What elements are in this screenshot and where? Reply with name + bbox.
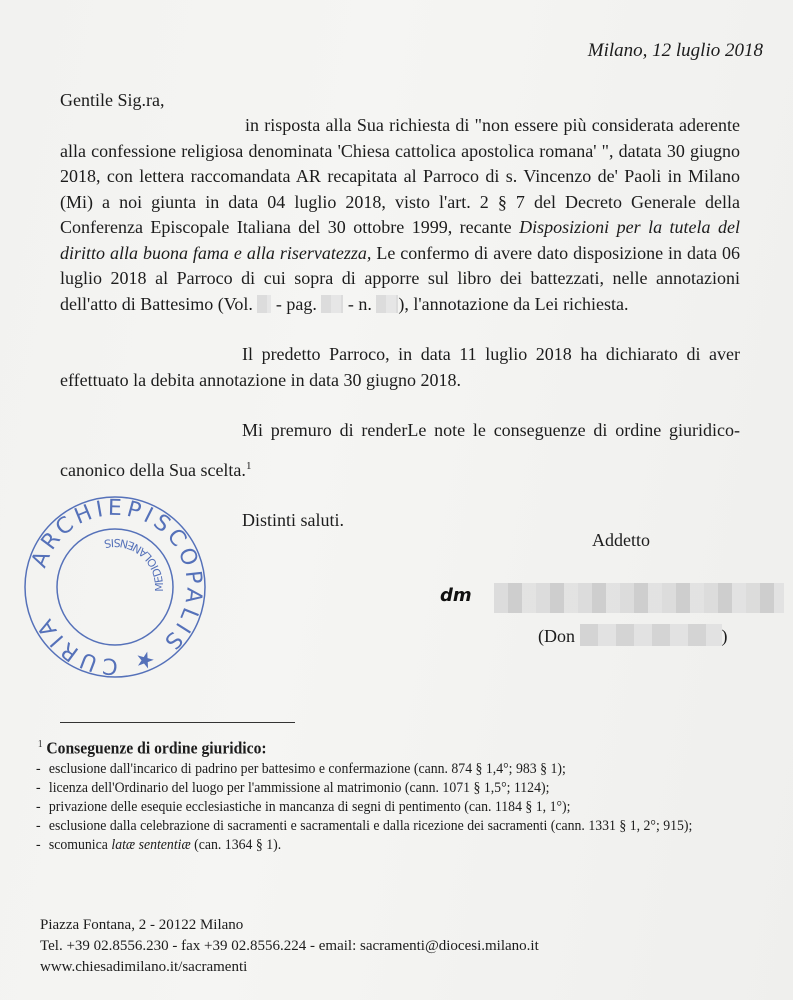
signature-initials: dm — [440, 585, 472, 606]
name-prefix: (Don — [538, 626, 575, 646]
redacted-signature — [494, 583, 784, 613]
footer-address: Piazza Fontana, 2 - 20122 Milano — [40, 915, 539, 936]
name-suffix: ) — [722, 626, 728, 646]
list-item: scomunica latæ sententiæ (can. 1364 § 1)… — [36, 836, 717, 855]
footnote-title-text: Conseguenze di ordine giuridico: — [46, 739, 266, 758]
greeting: Gentile Sig.ra, — [60, 90, 164, 111]
redacted-name — [580, 624, 722, 646]
paragraph-consequences: Mi premuro di renderLe note le conseguen… — [60, 412, 740, 488]
footer-contacts: Tel. +39 02.8556.230 - fax +39 02.8556.2… — [40, 936, 539, 957]
redacted-volume — [257, 295, 271, 313]
signatory-title: Addetto — [592, 530, 650, 551]
closing: Distinti saluti. — [242, 510, 344, 531]
consequences-list: esclusione dall'incarico di padrino per … — [36, 760, 717, 855]
list-item: licenza dell'Ordinario del luogo per l'a… — [36, 779, 717, 798]
footnote-reference: 1 — [246, 460, 252, 472]
footnote: 1 Conseguenze di ordine giuridico: esclu… — [36, 735, 717, 855]
paragraph-text: Mi premuro di renderLe note le conseguen… — [60, 420, 740, 480]
list-item: esclusione dall'incarico di padrino per … — [36, 760, 717, 779]
signatory-name: (Don ) — [538, 624, 728, 647]
pag-label: - pag. — [271, 294, 316, 314]
item-text: (can. 1364 § 1). — [191, 837, 281, 853]
curia-stamp: ARCHIEPISCOPALIS ★ CURIA MEDIOLANENSIS — [20, 492, 210, 682]
letter-footer: Piazza Fontana, 2 - 20122 Milano Tel. +3… — [40, 915, 539, 978]
n-label: - n. — [343, 294, 372, 314]
footer-website: www.chiesadimilano.it/sacramenti — [40, 957, 539, 978]
paragraph-text: Il predetto Parroco, in data 11 luglio 2… — [60, 344, 740, 390]
footnote-divider — [60, 722, 295, 723]
letter-date: Milano, 12 luglio 2018 — [588, 40, 763, 62]
latin-term: latæ sententiæ — [111, 837, 190, 853]
list-item: esclusione dalla celebrazione di sacrame… — [36, 817, 717, 836]
paragraph-declaration: Il predetto Parroco, in data 11 luglio 2… — [60, 342, 740, 393]
redacted-page — [321, 295, 343, 313]
item-text: scomunica — [49, 837, 111, 853]
paragraph-text: ), l'annotazione da Lei richiesta. — [398, 294, 628, 314]
footnote-title: 1 Conseguenze di ordine giuridico: — [38, 735, 717, 758]
redacted-number — [376, 295, 398, 313]
footnote-mark: 1 — [38, 739, 43, 750]
paragraph-response: in risposta alla Sua richiesta di "non e… — [60, 113, 740, 317]
list-item: privazione delle esequie ecclesiastiche … — [36, 798, 717, 817]
